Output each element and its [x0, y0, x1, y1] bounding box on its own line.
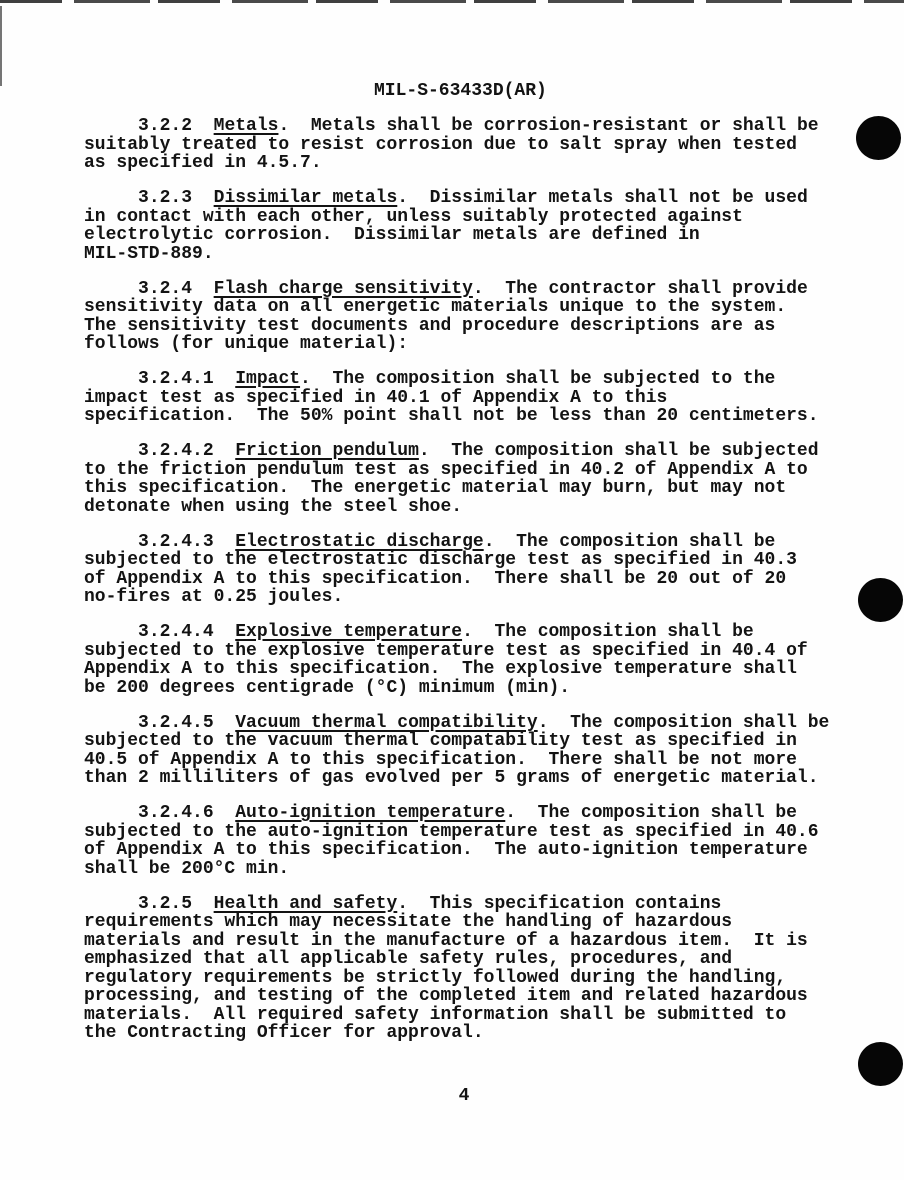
punch-hole-mark — [858, 578, 903, 622]
section-title: Metals — [214, 116, 279, 136]
section-title: Dissimilar metals — [214, 188, 398, 208]
section-text: . This specification contains requiremen… — [84, 894, 808, 1044]
punch-hole-mark — [858, 1042, 903, 1086]
section-number: 3.2.5 — [84, 894, 214, 914]
section-number: 3.2.4.5 — [84, 713, 235, 733]
section-3-2-4-4: 3.2.4.4 Explosive temperature. The compo… — [84, 623, 884, 697]
document-body: 3.2.2 Metals. Metals shall be corrosion-… — [84, 117, 884, 1059]
section-title: Explosive temperature — [235, 622, 462, 642]
scan-artifact-top-edge — [0, 0, 904, 3]
section-3-2-2: 3.2.2 Metals. Metals shall be corrosion-… — [84, 117, 884, 173]
document-page: MIL-S-63433D(AR) 3.2.2 Metals. Metals sh… — [0, 0, 904, 1180]
section-title: Vacuum thermal compatibility — [235, 713, 537, 733]
section-3-2-5: 3.2.5 Health and safety. This specificat… — [84, 895, 884, 1043]
section-3-2-4: 3.2.4 Flash charge sensitivity. The cont… — [84, 280, 884, 354]
section-3-2-3: 3.2.3 Dissimilar metals. Dissimilar meta… — [84, 189, 884, 263]
section-number: 3.2.4.2 — [84, 441, 235, 461]
section-3-2-4-3: 3.2.4.3 Electrostatic discharge. The com… — [84, 533, 884, 607]
section-number: 3.2.4.6 — [84, 803, 235, 823]
section-title: Electrostatic discharge — [235, 532, 483, 552]
scan-artifact-left-edge — [0, 6, 2, 86]
punch-hole-mark — [856, 116, 901, 160]
page-number: 4 — [84, 1086, 844, 1106]
section-title: Friction pendulum — [235, 441, 419, 461]
section-title: Auto-ignition temperature — [235, 803, 505, 823]
section-number: 3.2.4 — [84, 279, 214, 299]
section-number: 3.2.4.4 — [84, 622, 235, 642]
section-title: Health and safety — [214, 894, 398, 914]
document-id-header: MIL-S-63433D(AR) — [374, 81, 547, 101]
section-title: Impact — [235, 369, 300, 389]
section-3-2-4-5: 3.2.4.5 Vacuum thermal compatibility. Th… — [84, 714, 884, 788]
section-number: 3.2.4.3 — [84, 532, 235, 552]
section-title: Flash charge sensitivity — [214, 279, 473, 299]
section-3-2-4-6: 3.2.4.6 Auto-ignition temperature. The c… — [84, 804, 884, 878]
section-number: 3.2.2 — [84, 116, 214, 136]
section-3-2-4-2: 3.2.4.2 Friction pendulum. The compositi… — [84, 442, 884, 516]
section-number: 3.2.3 — [84, 188, 214, 208]
section-3-2-4-1: 3.2.4.1 Impact. The composition shall be… — [84, 370, 884, 426]
section-number: 3.2.4.1 — [84, 369, 235, 389]
